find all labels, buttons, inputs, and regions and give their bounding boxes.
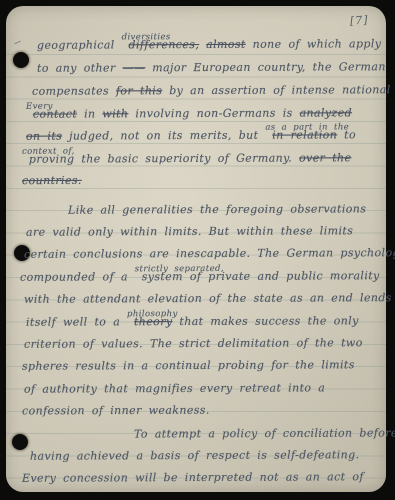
handwritten-line: to any other —— major European country, … bbox=[37, 60, 386, 75]
word: Every concession will be interpreted not… bbox=[22, 470, 364, 484]
word: involving non-Germans is bbox=[135, 107, 292, 121]
scanned-manuscript: { "colors":{ "frame":"#0b0b0a", "paper":… bbox=[0, 0, 395, 500]
word: judged, not on its merits, but bbox=[69, 129, 258, 143]
word: compensates bbox=[32, 84, 109, 97]
struck-word: for this bbox=[116, 84, 162, 97]
struck-word: countries. bbox=[22, 174, 82, 187]
stray-pencil-mark bbox=[14, 41, 21, 45]
word: major European country, the German bbox=[152, 60, 386, 74]
word: compounded of a bbox=[20, 270, 128, 283]
word: that makes success the only bbox=[179, 314, 358, 328]
struck-word: almost bbox=[206, 38, 246, 51]
handwritten-line: confession of inner weakness. bbox=[22, 404, 210, 418]
struck-word: over the bbox=[299, 151, 351, 164]
word: none of which apply bbox=[253, 37, 382, 51]
word: geographical bbox=[37, 38, 115, 51]
word: to any other bbox=[37, 61, 116, 74]
word: by an assertion of intense national bbox=[169, 83, 391, 97]
handwritten-line: Every contact in with involving non-Germ… bbox=[26, 106, 352, 120]
handwritten-line: geographical diversities differences, al… bbox=[37, 37, 381, 52]
word: with the attendant elevation of the stat… bbox=[24, 291, 392, 306]
handwritten-line: spheres results in a continual probing f… bbox=[22, 358, 355, 372]
handwritten-line: Like all generalities the foregoing obse… bbox=[68, 202, 366, 216]
word: Like all generalities the foregoing obse… bbox=[68, 202, 366, 216]
manuscript-page: [7] geographical diversities differences… bbox=[6, 6, 386, 492]
handwritten-line: itself well to a philosophy theory that … bbox=[26, 314, 359, 328]
word: spheres results in a continual probing f… bbox=[22, 358, 355, 372]
word: in bbox=[84, 107, 95, 120]
handwritten-line: are valid only within limits. But within… bbox=[26, 224, 353, 238]
struck-word: analyzed bbox=[300, 106, 353, 119]
word: confession of inner weakness. bbox=[22, 404, 210, 418]
punch-hole-top bbox=[13, 52, 29, 68]
handwritten-line: compounded of a strictly separated, syst… bbox=[20, 269, 380, 284]
word: To attempt a policy of conciliation befo… bbox=[134, 426, 395, 440]
word: having achieved a basis of respect is se… bbox=[30, 448, 360, 462]
page-number: [7] bbox=[350, 13, 369, 27]
handwritten-line: with the attendant elevation of the stat… bbox=[24, 291, 392, 306]
handwritten-line: criterion of values. The strict delimita… bbox=[24, 336, 363, 350]
handwritten-line: context of, proving the basic superiorit… bbox=[22, 151, 351, 165]
word: of authority that magnifies every retrea… bbox=[24, 381, 325, 395]
struck-word: on its bbox=[26, 130, 62, 143]
punch-hole-bottom bbox=[12, 434, 28, 450]
handwritten-line: certain conclusions are inescapable. The… bbox=[24, 246, 395, 261]
handwritten-line: compensates for this by an assertion of … bbox=[32, 83, 391, 98]
word: itself well to a bbox=[26, 315, 120, 328]
word: criterion of values. The strict delimita… bbox=[24, 336, 363, 350]
struck-word: —— bbox=[122, 61, 145, 74]
handwritten-line: of authority that magnifies every retrea… bbox=[24, 381, 325, 395]
handwritten-line: on its judged, not on its merits, but as… bbox=[26, 128, 356, 142]
handwritten-line: countries. bbox=[22, 174, 82, 187]
struck-word: with bbox=[102, 107, 128, 120]
handwritten-line: having achieved a basis of respect is se… bbox=[30, 448, 360, 462]
handwritten-line: To attempt a policy of conciliation befo… bbox=[134, 426, 395, 440]
word: certain conclusions are inescapable. The… bbox=[24, 246, 395, 261]
handwritten-line: Every concession will be interpreted not… bbox=[22, 470, 364, 484]
word: are valid only within limits. But within… bbox=[26, 224, 353, 238]
